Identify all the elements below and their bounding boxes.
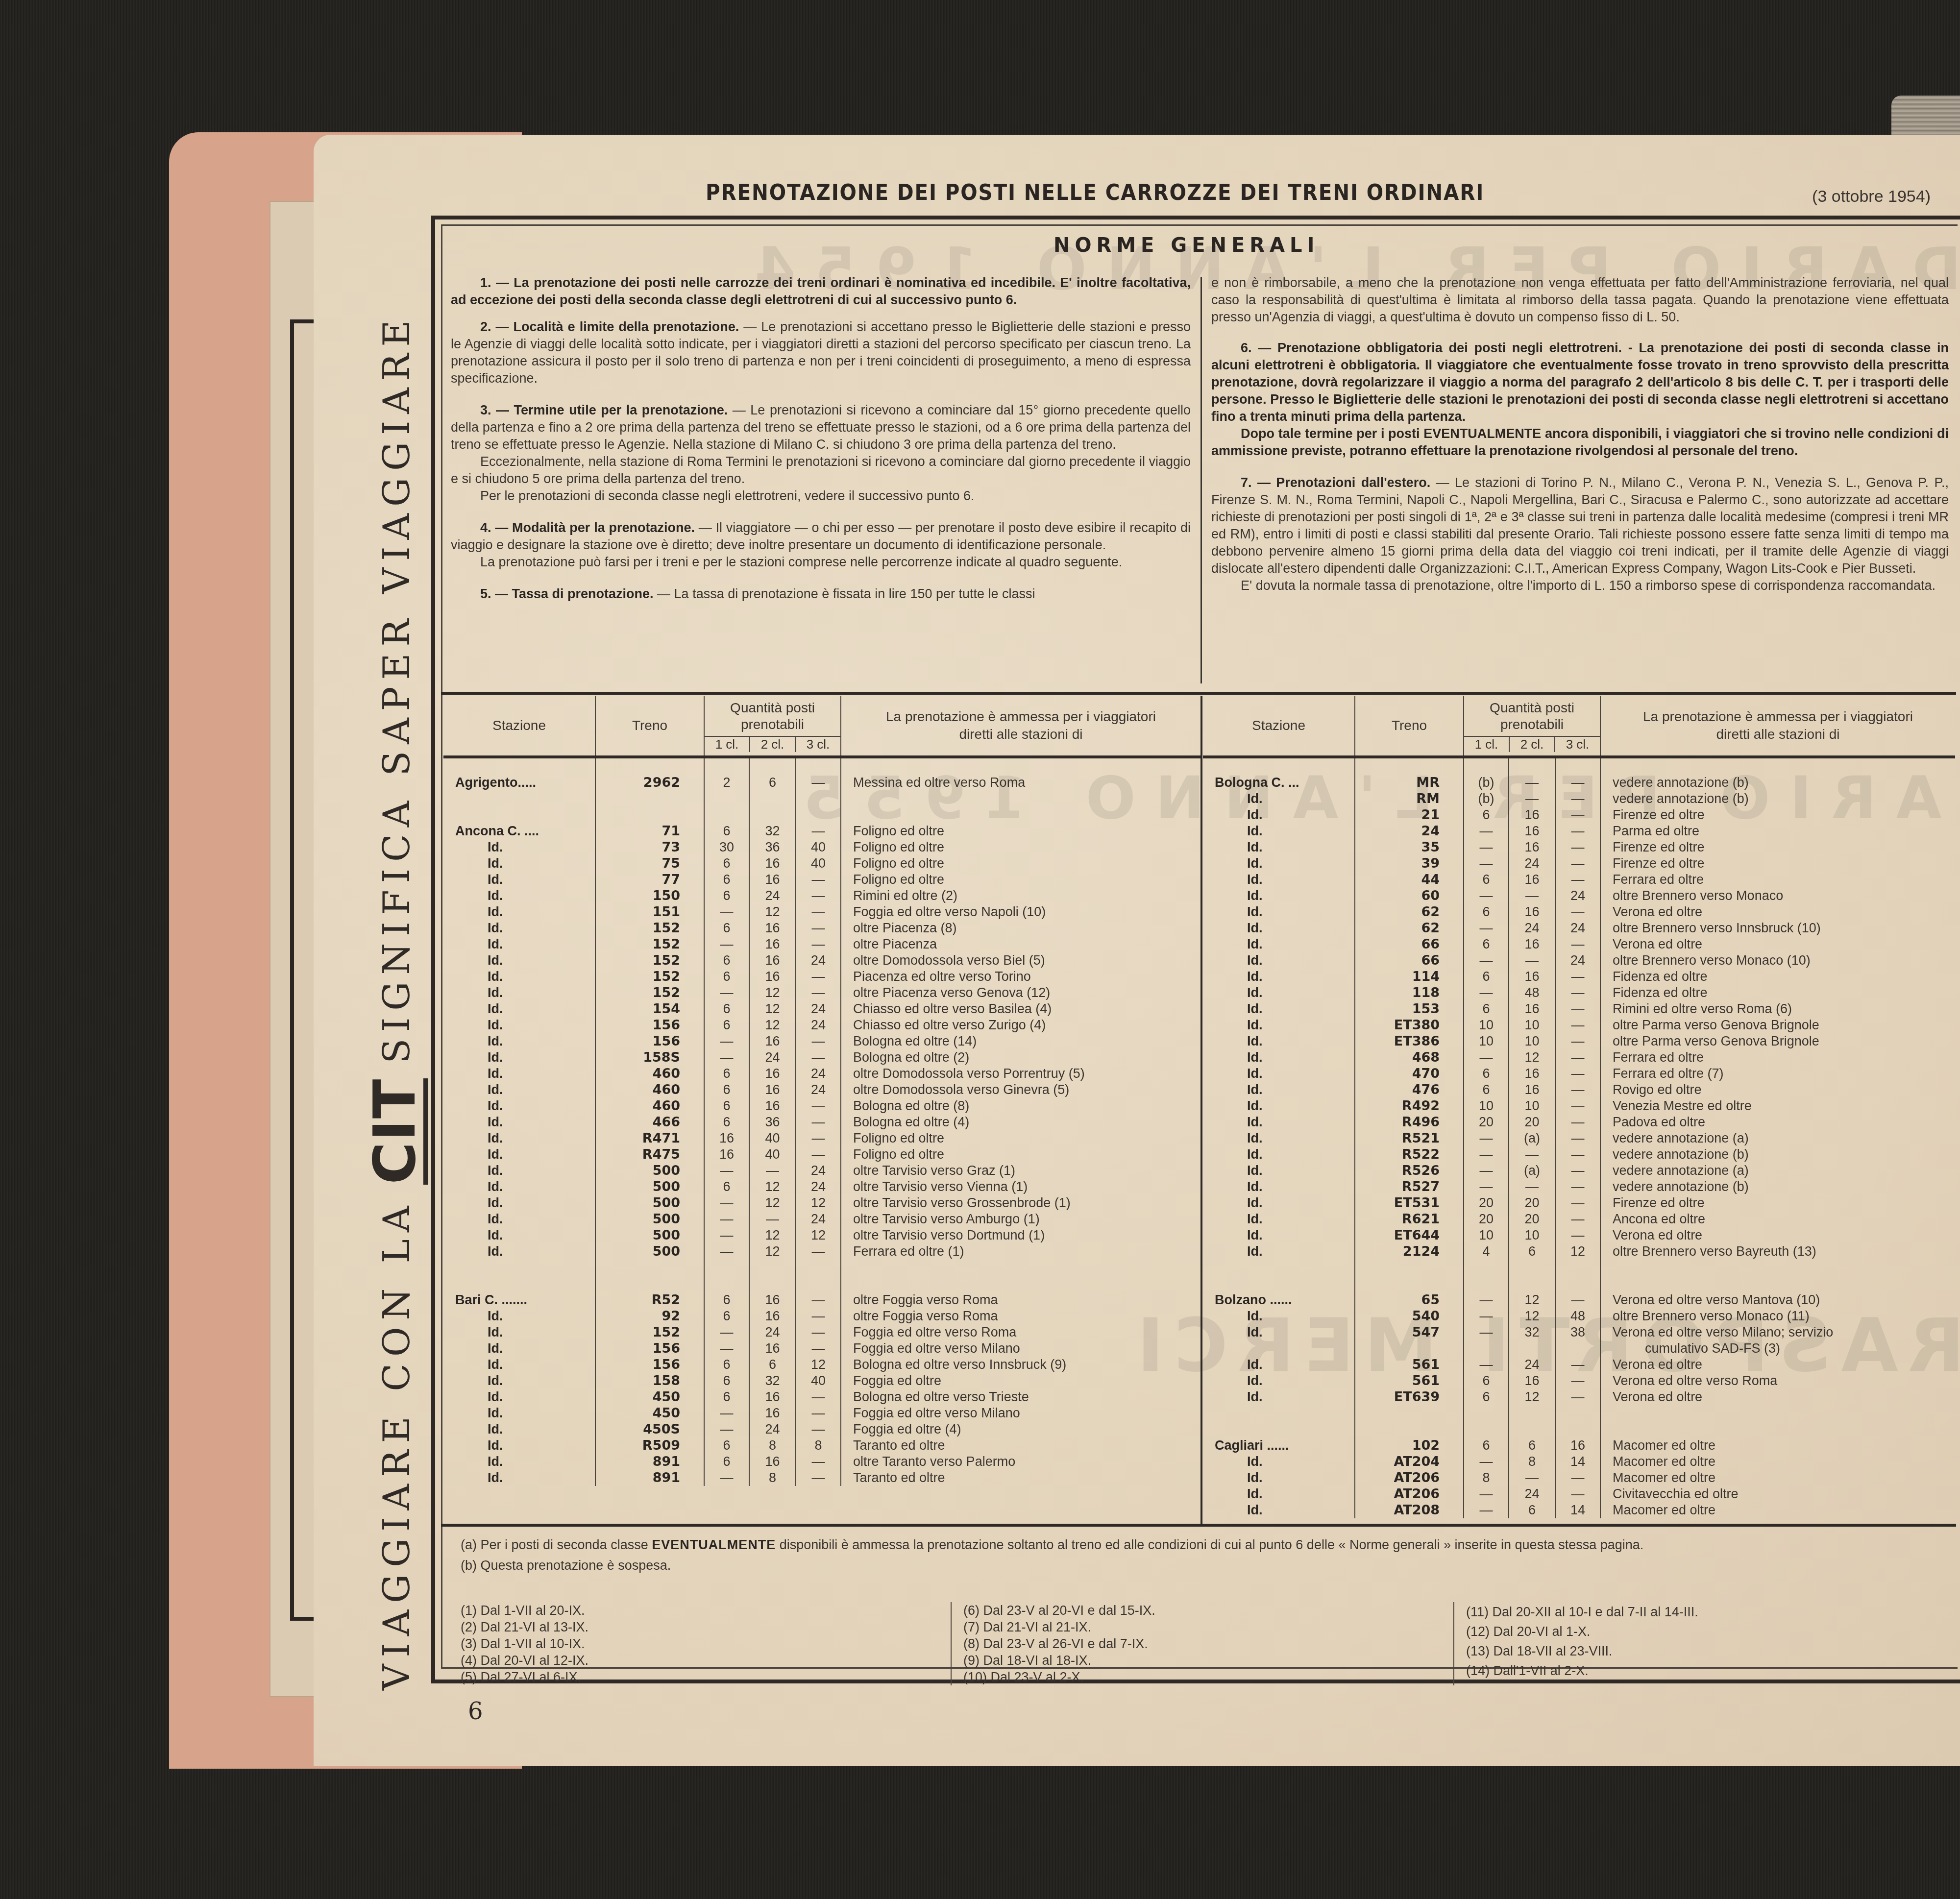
table-row: Id.15863240Foggia ed oltre <box>443 1373 1200 1389</box>
table-row: Id.R527———vedere annotazione (b) <box>1203 1179 1955 1195</box>
station-cell: Id. <box>1203 1049 1355 1066</box>
table-row: Id.R4921010—Venezia Mestre ed oltre <box>1203 1098 1955 1114</box>
section-rule <box>441 692 1956 695</box>
train-number-cell: AT208 <box>1355 1502 1464 1518</box>
station-cell: Id. <box>443 839 595 855</box>
train-number-cell: 44 <box>1355 872 1464 888</box>
class-3-seats-cell: 24 <box>796 1001 841 1017</box>
tables-divider <box>1200 696 1202 1524</box>
class-3-seats-cell: — <box>1555 904 1600 920</box>
class-1-seats-cell: — <box>1464 1308 1509 1324</box>
class-3-seats-cell: — <box>1555 936 1600 952</box>
reservation-table-left: Stazione Treno Quantità posti prenotabil… <box>443 696 1200 1486</box>
train-number-cell: 71 <box>595 823 704 839</box>
class-1-seats-cell: 6 <box>704 872 749 888</box>
norma-7-heading: 7. — Prenotazioni dall'estero. <box>1241 475 1430 490</box>
class-2-seats-cell: 16 <box>749 1066 796 1082</box>
table-row: Id.R509688Taranto ed oltre <box>443 1437 1200 1454</box>
station-cell: Id. <box>1203 1001 1355 1017</box>
train-number-cell: R496 <box>1355 1114 1464 1130</box>
class-1-seats-cell: 30 <box>704 839 749 855</box>
destination-cell: Foligno ed oltre <box>841 823 1200 839</box>
destination-cell: Padova ed oltre <box>1600 1114 1955 1130</box>
page-title: PRENOTAZIONE DEI POSTI NELLE CARROZZE DE… <box>706 180 1484 205</box>
class-2-seats-cell: 12 <box>749 1243 796 1260</box>
train-number-cell: 500 <box>595 1195 704 1211</box>
destination-cell: Ancona ed oltre <box>1600 1211 1955 1227</box>
class-1-seats-cell: 10 <box>1464 1033 1509 1049</box>
destination-cell: Firenze ed oltre <box>1600 839 1955 855</box>
class-2-seats-cell: 6 <box>749 775 796 791</box>
footnote-item: (14) Dall'1-VII al 2-X. <box>1466 1661 1907 1680</box>
class-2-seats-cell: 12 <box>1509 1389 1555 1405</box>
destination-cell: oltre Tarvisio verso Graz (1) <box>841 1163 1200 1179</box>
destination-cell: Rimini ed oltre (2) <box>841 888 1200 904</box>
class-3-seats-cell: — <box>796 1292 841 1308</box>
train-number-cell: MR <box>1355 775 1464 791</box>
class-2-seats-cell: 40 <box>749 1146 796 1163</box>
destination-cell: oltre Brennero verso Innsbruck (10) <box>1600 920 1955 936</box>
table-header-row: Stazione Treno Quantità posti prenotabil… <box>1203 696 1955 757</box>
train-number-cell: 62 <box>1355 904 1464 920</box>
class-1-seats-cell: 6 <box>704 952 749 969</box>
class-3-seats-cell: — <box>1555 1373 1600 1389</box>
norma-7-body: — Le stazioni di Torino P. N., Milano C.… <box>1211 475 1949 576</box>
table-row: Id.21244612oltre Brennero verso Bayreuth… <box>1203 1243 1955 1260</box>
class-2-seats-cell: 16 <box>749 1292 796 1308</box>
destination-cell: Taranto ed oltre <box>841 1470 1200 1486</box>
class-3-seats-cell: — <box>1555 1292 1600 1308</box>
class-1-seats-cell: — <box>1464 1502 1509 1518</box>
station-cell: Bologna C. ... <box>1203 775 1355 791</box>
destination-cell: Bologna ed oltre verso Innsbruck (9) <box>841 1357 1200 1373</box>
destination-cell: oltre Foggia verso Roma <box>841 1308 1200 1324</box>
table-row: Id.ET3801010—oltre Parma verso Genova Br… <box>1203 1017 1955 1033</box>
class-3-seats-cell: 24 <box>796 1179 841 1195</box>
footnote-item: (4) Dal 20-VI al 12-IX. <box>461 1652 951 1669</box>
train-number-cell: ET639 <box>1355 1389 1464 1405</box>
train-number-cell: 21 <box>1355 807 1464 823</box>
class-2-seats-cell: 6 <box>1509 1243 1555 1260</box>
station-cell: Id. <box>443 1001 595 1017</box>
class-1-seats-cell: 6 <box>704 1001 749 1017</box>
class-1-seats-cell: 6 <box>1464 1001 1509 1017</box>
station-cell: Id. <box>443 1179 595 1195</box>
station-cell: Id. <box>443 1340 595 1357</box>
class-1-seats-cell: — <box>1464 823 1509 839</box>
destination-cell: Fidenza ed oltre <box>1600 985 1955 1001</box>
destination-cell: Bologna ed oltre verso Trieste <box>841 1389 1200 1405</box>
train-number-cell: 450S <box>595 1421 704 1437</box>
class-2-seats-cell: 8 <box>1509 1454 1555 1470</box>
class-2-seats-cell: (a) <box>1509 1130 1555 1146</box>
class-2-seats-cell: 10 <box>1509 1098 1555 1114</box>
class-1-seats-cell: 6 <box>1464 1437 1509 1454</box>
header-stazione: Stazione <box>1203 696 1355 757</box>
destination-cell: Chiasso ed oltre verso Basilea (4) <box>841 1001 1200 1017</box>
class-2-seats-cell: 24 <box>1509 855 1555 872</box>
destination-cell: vedere annotazione (a) <box>1600 1163 1955 1179</box>
class-3-seats-cell: 24 <box>796 1082 841 1098</box>
footnote-item: (5) Dal 27-VI al 6-IX. <box>461 1669 951 1685</box>
class-2-seats-cell: 16 <box>1509 872 1555 888</box>
norma-4-heading: 4. — Modalità per la prenotazione. <box>480 520 695 535</box>
train-number-cell: 102 <box>1355 1437 1464 1454</box>
train-number-cell: 77 <box>595 872 704 888</box>
class-1-seats-cell: — <box>1464 1357 1509 1373</box>
header-class-1: 1 cl. <box>1464 737 1510 752</box>
station-cell: Id. <box>443 904 595 920</box>
train-number-cell: 152 <box>595 969 704 985</box>
class-2-seats-cell: 16 <box>1509 904 1555 920</box>
header-destinazioni: La prenotazione è ammessa per i viaggiat… <box>841 696 1200 757</box>
class-1-seats-cell: 6 <box>704 888 749 904</box>
table-row: Id.7561640Foligno ed oltre <box>443 855 1200 872</box>
train-number-cell <box>1355 1340 1464 1357</box>
station-cell <box>1203 1340 1355 1357</box>
table-row: Id.468—12—Ferrara ed oltre <box>1203 1049 1955 1066</box>
train-number-cell: 460 <box>595 1098 704 1114</box>
class-2-seats-cell: 32 <box>749 1373 796 1389</box>
class-1-seats-cell: 20 <box>1464 1211 1509 1227</box>
table-row: Bologna C. ...MR(b)——vedere annotazione … <box>1203 775 1955 791</box>
station-cell: Id. <box>1203 1308 1355 1324</box>
table-row: Id.66616—Verona ed oltre <box>1203 936 1955 952</box>
station-cell: Bari C. ....... <box>443 1292 595 1308</box>
train-number-cell: R509 <box>595 1437 704 1454</box>
class-1-seats-cell: — <box>1464 1292 1509 1308</box>
class-2-seats-cell: 16 <box>749 855 796 872</box>
destination-cell: oltre Taranto verso Palermo <box>841 1454 1200 1470</box>
class-3-seats-cell: — <box>796 888 841 904</box>
station-cell: Id. <box>1203 1146 1355 1163</box>
reservation-table-right: Stazione Treno Quantità posti prenotabil… <box>1203 696 1955 1518</box>
class-3-seats-cell: — <box>1555 791 1600 807</box>
destination-cell: Firenze ed oltre <box>1600 855 1955 872</box>
class-3-seats-cell: 24 <box>796 1066 841 1082</box>
annotation-a-emphasis: EVENTUALMENTE <box>652 1537 776 1552</box>
destination-cell: Verona ed oltre verso Mantova (10) <box>1600 1292 1955 1308</box>
class-1-seats-cell: 6 <box>1464 1389 1509 1405</box>
destination-cell: vedere annotazione (a) <box>1600 1130 1955 1146</box>
class-2-seats-cell: 36 <box>749 1114 796 1130</box>
class-3-seats-cell: 14 <box>1555 1454 1600 1470</box>
station-cell: Id. <box>1203 1324 1355 1340</box>
class-3-seats-cell: — <box>1555 1357 1600 1373</box>
train-number-cell: 158S <box>595 1049 704 1066</box>
class-1-seats-cell: — <box>704 1324 749 1340</box>
table-row: Id.15261624oltre Domodossola verso Biel … <box>443 952 1200 969</box>
class-3-seats-cell: — <box>1555 872 1600 888</box>
table-row: Id.R522———vedere annotazione (b) <box>1203 1146 1955 1163</box>
class-1-seats-cell: 6 <box>704 1292 749 1308</box>
norma-5-body: — La tassa di prenotazione è fissata in … <box>654 586 1035 601</box>
class-1-seats-cell: — <box>704 1470 749 1486</box>
table-row: Id.60——24oltre Brennero verso Monaco <box>1203 888 1955 904</box>
table-row: Id.R6212020—Ancona ed oltre <box>1203 1211 1955 1227</box>
norme-column-right: e non è rimborsabile, a meno che la pren… <box>1211 274 1949 604</box>
class-2-seats-cell: 6 <box>1509 1502 1555 1518</box>
norma-1: 1. — La prenotazione dei posti nelle car… <box>451 274 1191 309</box>
class-2-seats-cell: — <box>1509 775 1555 791</box>
class-3-seats-cell: — <box>1555 1098 1600 1114</box>
train-number-cell: 460 <box>595 1082 704 1098</box>
class-1-seats-cell: 6 <box>704 823 749 839</box>
class-3-seats-cell: — <box>796 823 841 839</box>
class-2-seats-cell: 24 <box>749 1324 796 1340</box>
destination-cell: Messina ed oltre verso Roma <box>841 775 1200 791</box>
destination-cell: vedere annotazione (b) <box>1600 1146 1955 1163</box>
class-2-seats-cell: 16 <box>749 936 796 952</box>
train-number-cell: ET644 <box>1355 1227 1464 1243</box>
destination-cell: Macomer ed oltre <box>1600 1470 1955 1486</box>
class-3-seats-cell: 40 <box>796 1373 841 1389</box>
class-3-seats-cell: — <box>796 1098 841 1114</box>
class-2-seats-cell: 10 <box>1509 1017 1555 1033</box>
train-number-cell: R521 <box>1355 1130 1464 1146</box>
table-row: Id.24—16—Parma ed oltre <box>1203 823 1955 839</box>
table-row: Id.460616—Bologna ed oltre (8) <box>443 1098 1200 1114</box>
station-cell: Id. <box>1203 1211 1355 1227</box>
station-cell: Id. <box>1203 823 1355 839</box>
class-2-seats-cell: 6 <box>1509 1437 1555 1454</box>
destination-cell: Rimini ed oltre verso Roma (6) <box>1600 1001 1955 1017</box>
class-2-seats-cell: 10 <box>1509 1033 1555 1049</box>
train-number-cell: 66 <box>1355 952 1464 969</box>
destination-cell: Macomer ed oltre <box>1600 1502 1955 1518</box>
class-3-seats-cell: 24 <box>796 1017 841 1033</box>
destination-cell: Foggia ed oltre verso Milano <box>841 1405 1200 1421</box>
train-number-cell: 2124 <box>1355 1243 1464 1260</box>
destination-cell: oltre Tarvisio verso Amburgo (1) <box>841 1211 1200 1227</box>
footnotes-column-3: (11) Dal 20-XII al 10-I e dal 7-II al 14… <box>1453 1602 1907 1685</box>
class-3-seats-cell: — <box>1555 1146 1600 1163</box>
train-number-cell: 561 <box>1355 1357 1464 1373</box>
station-cell: Id. <box>1203 1470 1355 1486</box>
destination-cell: Foggia ed oltre verso Roma <box>841 1324 1200 1340</box>
train-number-cell: 66 <box>1355 936 1464 952</box>
footnote-item: (13) Dal 18-VII al 23-VIII. <box>1466 1641 1907 1661</box>
table-row: Id.500—1212oltre Tarvisio verso Dortmund… <box>443 1227 1200 1243</box>
table-row: Id.500——24oltre Tarvisio verso Graz (1) <box>443 1163 1200 1179</box>
class-3-seats-cell: — <box>796 1033 841 1049</box>
destination-cell: Ferrara ed oltre (1) <box>841 1243 1200 1260</box>
class-3-seats-cell: — <box>796 775 841 791</box>
table-row: Id.152—24—Foggia ed oltre verso Roma <box>443 1324 1200 1340</box>
destination-cell: oltre Domodossola verso Porrentruy (5) <box>841 1066 1200 1082</box>
table-row: Id.35—16—Firenze ed oltre <box>1203 839 1955 855</box>
table-row: Id.ET639612—Verona ed oltre <box>1203 1389 1955 1405</box>
station-cell: Id. <box>1203 807 1355 823</box>
table-row: Id.1566612Bologna ed oltre verso Innsbru… <box>443 1357 1200 1373</box>
class-subheaders: 1 cl. 2 cl. 3 cl. <box>1464 736 1600 752</box>
station-cell: Id. <box>443 1163 595 1179</box>
footnote-item: (1) Dal 1-VII al 20-IX. <box>461 1602 951 1619</box>
train-number-cell: 156 <box>595 1340 704 1357</box>
station-cell: Id. <box>443 1017 595 1033</box>
train-number-cell: 152 <box>595 952 704 969</box>
train-number-cell: 35 <box>1355 839 1464 855</box>
station-cell: Id. <box>443 872 595 888</box>
class-2-seats-cell: 16 <box>749 1405 796 1421</box>
class-2-seats-cell: 10 <box>1509 1227 1555 1243</box>
table-row: Id.891616—oltre Taranto verso Palermo <box>443 1454 1200 1470</box>
class-3-seats-cell: — <box>1555 823 1600 839</box>
destination-cell: Parma ed oltre <box>1600 823 1955 839</box>
class-3-seats-cell: — <box>1555 839 1600 855</box>
table-row: Id.39—24—Firenze ed oltre <box>1203 855 1955 872</box>
table-row: Id.ET5312020—Firenze ed oltre <box>1203 1195 1955 1211</box>
class-3-seats-cell: 24 <box>796 952 841 969</box>
class-1-seats-cell: 6 <box>704 1389 749 1405</box>
class-3-seats-cell: — <box>1555 775 1600 791</box>
page-number: 6 <box>468 1698 483 1725</box>
class-3-seats-cell: — <box>1555 1389 1600 1405</box>
class-1-seats-cell: — <box>704 1243 749 1260</box>
class-2-seats-cell: 16 <box>749 969 796 985</box>
station-cell: Id. <box>1203 839 1355 855</box>
train-number-cell: ET386 <box>1355 1033 1464 1049</box>
table-row: Id.114616—Fidenza ed oltre <box>1203 969 1955 985</box>
class-1-seats-cell: (b) <box>1464 775 1509 791</box>
footnote-item: (6) Dal 23-V al 20-VI e dal 15-IX. <box>963 1602 1453 1619</box>
class-3-seats-cell: — <box>796 1405 841 1421</box>
class-2-seats-cell: 16 <box>1509 936 1555 952</box>
class-2-seats-cell: 6 <box>749 1357 796 1373</box>
class-1-seats-cell: — <box>1464 1163 1509 1179</box>
class-1-seats-cell: — <box>704 1163 749 1179</box>
class-2-seats-cell: 16 <box>1509 807 1555 823</box>
class-1-seats-cell: — <box>704 904 749 920</box>
train-number-cell: AT206 <box>1355 1486 1464 1502</box>
class-1-seats-cell: — <box>704 1049 749 1066</box>
cit-logo: CIT <box>366 1078 428 1185</box>
destination-cell: Bologna ed oltre (2) <box>841 1049 1200 1066</box>
destination-cell: Verona ed oltre <box>1600 936 1955 952</box>
station-cell: Id. <box>1203 952 1355 969</box>
destination-cell: Civitavecchia ed oltre <box>1600 1486 1955 1502</box>
train-number-cell: 500 <box>595 1227 704 1243</box>
table-row: Id.158S—24—Bologna ed oltre (2) <box>443 1049 1200 1066</box>
destination-cell: Chiasso ed oltre verso Zurigo (4) <box>841 1017 1200 1033</box>
destination-cell: vedere annotazione (b) <box>1600 791 1955 807</box>
class-3-seats-cell: — <box>796 1308 841 1324</box>
destination-cell: Venezia Mestre ed oltre <box>1600 1098 1955 1114</box>
class-3-seats-cell: — <box>1555 1017 1600 1033</box>
train-number-cell: 450 <box>595 1405 704 1421</box>
destination-cell: oltre Piacenza <box>841 936 1200 952</box>
table-row: Id.466636—Bologna ed oltre (4) <box>443 1114 1200 1130</box>
annotations-rule <box>441 1524 1956 1527</box>
norma-3-exception: Eccezionalmente, nella stazione di Roma … <box>451 453 1191 487</box>
class-1-seats-cell: — <box>1464 888 1509 904</box>
station-cell: Id. <box>1203 1098 1355 1114</box>
class-3-seats-cell: — <box>796 1114 841 1130</box>
table-row: Id.561—24—Verona ed oltre <box>1203 1357 1955 1373</box>
train-number-cell: 561 <box>1355 1373 1464 1389</box>
class-3-seats-cell: 12 <box>796 1227 841 1243</box>
station-cell: Bolzano ...... <box>1203 1292 1355 1308</box>
header-class-1: 1 cl. <box>705 737 750 752</box>
class-3-seats-cell: — <box>1555 1486 1600 1502</box>
station-cell: Id. <box>443 952 595 969</box>
class-3-seats-cell: — <box>796 1243 841 1260</box>
table-row: Id.AT206—24—Civitavecchia ed oltre <box>1203 1486 1955 1502</box>
header-class-3: 3 cl. <box>1555 737 1600 752</box>
class-2-seats-cell: 12 <box>1509 1292 1555 1308</box>
station-cell: Id. <box>1203 969 1355 985</box>
train-number-cell: 158 <box>595 1373 704 1389</box>
class-3-seats-cell: — <box>796 920 841 936</box>
class-2-seats-cell: 16 <box>749 1082 796 1098</box>
footnote-item: (3) Dal 1-VII al 10-IX. <box>461 1635 951 1652</box>
train-number-cell: ET380 <box>1355 1017 1464 1033</box>
table-row: Bari C. .......R52616—oltre Foggia verso… <box>443 1292 1200 1308</box>
destination-cell: Macomer ed oltre <box>1600 1437 1955 1454</box>
station-cell: Cagliari ...... <box>1203 1437 1355 1454</box>
class-3-seats-cell: — <box>796 969 841 985</box>
station-cell: Id. <box>443 1098 595 1114</box>
class-3-seats-cell: — <box>796 1146 841 1163</box>
train-number-cell: 152 <box>595 1324 704 1340</box>
destination-cell: Verona ed oltre verso Milano; servizio <box>1600 1324 1955 1340</box>
class-1-seats-cell: 6 <box>704 1114 749 1130</box>
station-cell: Id. <box>443 1324 595 1340</box>
class-2-seats-cell: 20 <box>1509 1114 1555 1130</box>
table-row: Id.500—1212oltre Tarvisio verso Grossenb… <box>443 1195 1200 1211</box>
train-number-cell: 150 <box>595 888 704 904</box>
norma-5-continuation: e non è rimborsabile, a meno che la pren… <box>1211 274 1949 326</box>
train-number-cell: 152 <box>595 985 704 1001</box>
class-3-seats-cell: — <box>1555 807 1600 823</box>
class-2-seats-cell: 12 <box>749 1195 796 1211</box>
class-1-seats-cell: 6 <box>1464 872 1509 888</box>
class-3-seats-cell: 24 <box>1555 920 1600 936</box>
header-treno: Treno <box>595 696 704 757</box>
train-number-cell: 73 <box>595 839 704 855</box>
table-row: Id.46061624oltre Domodossola verso Porre… <box>443 1066 1200 1082</box>
class-2-seats-cell: — <box>1509 952 1555 969</box>
norma-6-note: Dopo tale termine per i posti EVENTUALME… <box>1211 425 1949 460</box>
class-2-seats-cell: 32 <box>749 823 796 839</box>
table-row: Id.44616—Ferrara ed oltre <box>1203 872 1955 888</box>
class-2-seats-cell: 16 <box>1509 1001 1555 1017</box>
class-2-seats-cell: 16 <box>749 1098 796 1114</box>
header-quantita: Quantità posti prenotabili 1 cl. 2 cl. 3… <box>704 696 841 757</box>
table-row: Id.500—12—Ferrara ed oltre (1) <box>443 1243 1200 1260</box>
class-3-seats-cell: — <box>796 1470 841 1486</box>
class-1-seats-cell: 6 <box>704 920 749 936</box>
destination-cell: oltre Tarvisio verso Vienna (1) <box>841 1179 1200 1195</box>
class-1-seats-cell: 20 <box>1464 1114 1509 1130</box>
destination-cell: oltre Piacenza verso Genova (12) <box>841 985 1200 1001</box>
station-cell: Id. <box>443 1195 595 1211</box>
train-number-cell: 60 <box>1355 888 1464 904</box>
train-number-cell: R52 <box>595 1292 704 1308</box>
table-row: Id.50061224oltre Tarvisio verso Vienna (… <box>443 1179 1200 1195</box>
class-2-seats-cell: 12 <box>749 1001 796 1017</box>
footnotes-column-2: (6) Dal 23-V al 20-VI e dal 15-IX.(7) Da… <box>951 1602 1453 1685</box>
class-3-seats-cell: — <box>1555 985 1600 1001</box>
destination-cell: Verona ed oltre <box>1600 1357 1955 1373</box>
table-row: Id.547—3238Verona ed oltre verso Milano;… <box>1203 1324 1955 1340</box>
station-cell: Id. <box>443 1421 595 1437</box>
annotations: (a) Per i posti di seconda classe EVENTU… <box>451 1536 1950 1577</box>
table-row: Ancona C. ....71632—Foligno ed oltre <box>443 823 1200 839</box>
destination-cell: oltre Brennero verso Bayreuth (13) <box>1600 1243 1955 1260</box>
annotation-b: (b) Questa prenotazione è sospesa. <box>461 1557 1950 1574</box>
class-1-seats-cell: — <box>1464 1324 1509 1340</box>
